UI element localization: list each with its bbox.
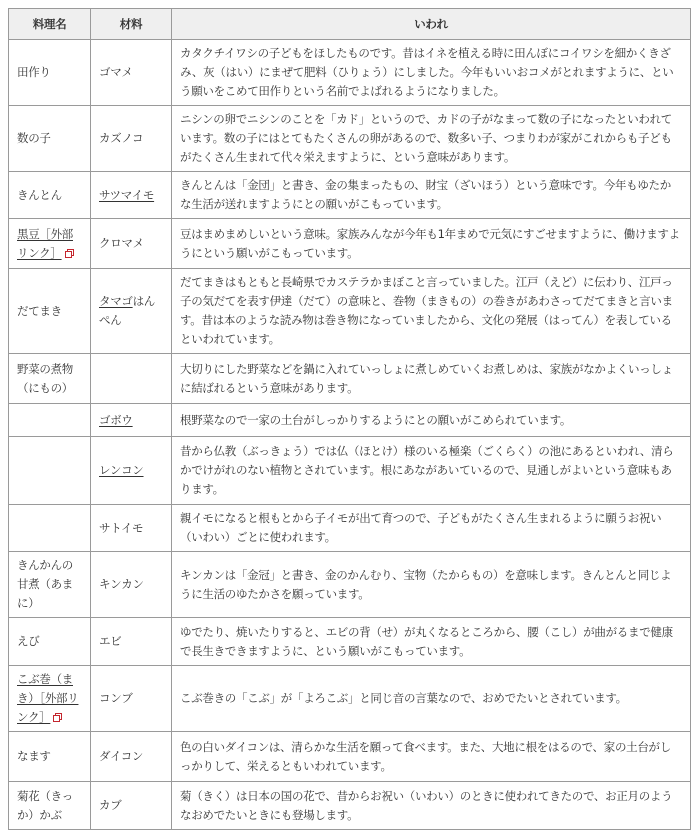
- cell-dish-name: [9, 404, 91, 437]
- cell-meaning: きんとんは「金団」と書き、金の集まったもの、財宝（ざいほう）という意味です。今年…: [172, 172, 691, 219]
- cell-material: [91, 354, 172, 404]
- cell-dish-name: 田作り: [9, 40, 91, 106]
- cell-material: カブ: [91, 782, 172, 814]
- cell-dish-name: 数の子: [9, 106, 91, 172]
- cell-material: タマゴはんぺん: [91, 269, 172, 354]
- cell-material: レンコン: [91, 437, 172, 505]
- dish-name-text: 野菜の煮物（にもの）: [17, 362, 73, 395]
- cell-meaning: カタクチイワシの子どもをほしたものです。昔はイネを植える時に田んぼにコイワシを細…: [172, 40, 691, 106]
- dish-name-text: きんとん: [17, 188, 62, 202]
- cell-material: エビ: [91, 618, 172, 666]
- cell-dish-name: 野菜の煮物（にもの）: [9, 354, 91, 404]
- header-dish-name: 料理名: [9, 9, 91, 40]
- material-text: ダイコン: [99, 749, 143, 763]
- cell-material: キンカン: [91, 552, 172, 618]
- cell-dish-name: えび: [9, 618, 91, 666]
- material-link[interactable]: タマゴ: [99, 294, 133, 308]
- cell-dish-name: 黒豆［外部リンク］: [9, 219, 91, 269]
- cell-meaning: 色の白いダイコンは、清らかな生活を願って食べます。また、大地に根をはるので、家の…: [172, 732, 691, 782]
- cell-dish-name: だてまき: [9, 269, 91, 354]
- table-row: なますダイコン色の白いダイコンは、清らかな生活を願って食べます。また、大地に根を…: [9, 732, 691, 782]
- table-row: 菊花（きっか）かぶカブ菊（きく）は日本の国の花で、昔からお祝い（いわい）のときに…: [9, 782, 691, 814]
- header-meaning: いわれ: [172, 9, 691, 40]
- cell-meaning: 大切りにした野菜などを鍋に入れていっしょに煮しめていくお煮しめは、家族がなかよく…: [172, 354, 691, 404]
- cell-meaning: 親イモになると根もとから子イモが出て育つので、子どもがたくさん生まれるように願う…: [172, 505, 691, 552]
- cell-dish-name: きんとん: [9, 172, 91, 219]
- cell-meaning: 根野菜なので一家の土台がしっかりするようにとの願いがこめられています。: [172, 404, 691, 437]
- cell-material: コンブ: [91, 666, 172, 732]
- cell-meaning: ゆでたり、焼いたりすると、エビの背（せ）が丸くなるところから、腰（こし）が曲がる…: [172, 618, 691, 666]
- table-row: ゴボウ根野菜なので一家の土台がしっかりするようにとの願いがこめられています。: [9, 404, 691, 437]
- table-row: 黒豆［外部リンク］クロマメ豆はまめまめしいという意味。家族みんなが今年も1年まめ…: [9, 219, 691, 269]
- dish-name-text: 数の子: [17, 131, 51, 145]
- cell-material: カズノコ: [91, 106, 172, 172]
- material-text: サトイモ: [99, 521, 143, 535]
- table-row: 野菜の煮物（にもの）大切りにした野菜などを鍋に入れていっしょに煮しめていくお煮し…: [9, 354, 691, 404]
- cell-material: サツマイモ: [91, 172, 172, 219]
- table-row: 田作りゴマメカタクチイワシの子どもをほしたものです。昔はイネを植える時に田んぼに…: [9, 40, 691, 106]
- table-row: きんとんサツマイモきんとんは「金団」と書き、金の集まったもの、財宝（ざいほう）と…: [9, 172, 691, 219]
- dish-name-text: なます: [17, 749, 51, 763]
- material-link[interactable]: ゴボウ: [99, 413, 133, 427]
- cell-dish-name: きんかんの甘煮（あまに）: [9, 552, 91, 618]
- table-body: 田作りゴマメカタクチイワシの子どもをほしたものです。昔はイネを植える時に田んぼに…: [9, 40, 691, 814]
- cell-dish-name: 菊花（きっか）かぶ: [9, 782, 91, 814]
- dish-name-text: だてまき: [17, 304, 62, 318]
- material-link[interactable]: レンコン: [99, 463, 144, 477]
- cell-dish-name: なます: [9, 732, 91, 782]
- dish-name-text: 菊花（きっか）かぶ: [17, 789, 73, 814]
- table-row: えびエビゆでたり、焼いたりすると、エビの背（せ）が丸くなるところから、腰（こし）…: [9, 618, 691, 666]
- material-text: ゴマメ: [99, 65, 133, 79]
- table-row: だてまきタマゴはんぺんだてまきはもともと長崎県でカステラかまぼこと言っていました…: [9, 269, 691, 354]
- material-text: コンブ: [99, 691, 133, 705]
- cell-material: ゴマメ: [91, 40, 172, 106]
- cell-meaning: こぶ巻きの「こぶ」が「よろこぶ」と同じ音の言葉なので、おめでたいとされています。: [172, 666, 691, 732]
- cell-meaning: ニシンの卵でニシンのことを「カド」というので、カドの子がなまって数の子になったと…: [172, 106, 691, 172]
- cell-meaning: キンカンは「金冠」と書き、金のかんむり、宝物（たからもの）を意味します。きんとん…: [172, 552, 691, 618]
- material-text: キンカン: [99, 577, 144, 591]
- table-row: 数の子カズノコニシンの卵でニシンのことを「カド」というので、カドの子がなまって数…: [9, 106, 691, 172]
- osechi-table-container: 料理名 材料 いわれ 田作りゴマメカタクチイワシの子どもをほしたものです。昔はイ…: [8, 8, 690, 813]
- cell-dish-name: こぶ巻（まき）［外部リンク］: [9, 666, 91, 732]
- material-link[interactable]: サツマイモ: [99, 188, 154, 202]
- cell-meaning: 豆はまめまめしいという意味。家族みんなが今年も1年まめで元気にすごせますように、…: [172, 219, 691, 269]
- dish-name-text: えび: [17, 634, 39, 648]
- material-text: カズノコ: [99, 131, 143, 145]
- header-material: 材料: [91, 9, 172, 40]
- cell-material: ダイコン: [91, 732, 172, 782]
- cell-meaning: だてまきはもともと長崎県でカステラかまぼこと言っていました。江戸（えど）に伝わり…: [172, 269, 691, 354]
- external-link-icon[interactable]: [53, 713, 62, 722]
- dish-name-text: きんかんの甘煮（あまに）: [17, 558, 73, 610]
- osechi-meaning-table: 料理名 材料 いわれ 田作りゴマメカタクチイワシの子どもをほしたものです。昔はイ…: [8, 8, 691, 813]
- table-row: こぶ巻（まき）［外部リンク］コンブこぶ巻きの「こぶ」が「よろこぶ」と同じ音の言葉…: [9, 666, 691, 732]
- table-header-row: 料理名 材料 いわれ: [9, 9, 691, 40]
- material-text: クロマメ: [99, 236, 144, 250]
- cell-material: ゴボウ: [91, 404, 172, 437]
- table-row: レンコン昔から仏教（ぶっきょう）では仏（ほとけ）様のいる極楽（ごくらく）の池にあ…: [9, 437, 691, 505]
- cell-dish-name: [9, 437, 91, 505]
- table-row: きんかんの甘煮（あまに）キンカンキンカンは「金冠」と書き、金のかんむり、宝物（た…: [9, 552, 691, 618]
- material-text: カブ: [99, 798, 121, 812]
- dish-name-text: 田作り: [17, 65, 51, 79]
- cell-dish-name: [9, 505, 91, 552]
- external-link-icon[interactable]: [65, 249, 74, 258]
- cell-material: クロマメ: [91, 219, 172, 269]
- cell-meaning: 昔から仏教（ぶっきょう）では仏（ほとけ）様のいる極楽（ごくらく）の池にあるといわ…: [172, 437, 691, 505]
- cell-meaning: 菊（きく）は日本の国の花で、昔からお祝い（いわい）のときに使われてきたので、お正…: [172, 782, 691, 814]
- dish-external-link[interactable]: こぶ巻（まき）［外部リンク］: [17, 672, 78, 724]
- cell-material: サトイモ: [91, 505, 172, 552]
- table-row: サトイモ親イモになると根もとから子イモが出て育つので、子どもがたくさん生まれるよ…: [9, 505, 691, 552]
- material-text: エビ: [99, 634, 121, 648]
